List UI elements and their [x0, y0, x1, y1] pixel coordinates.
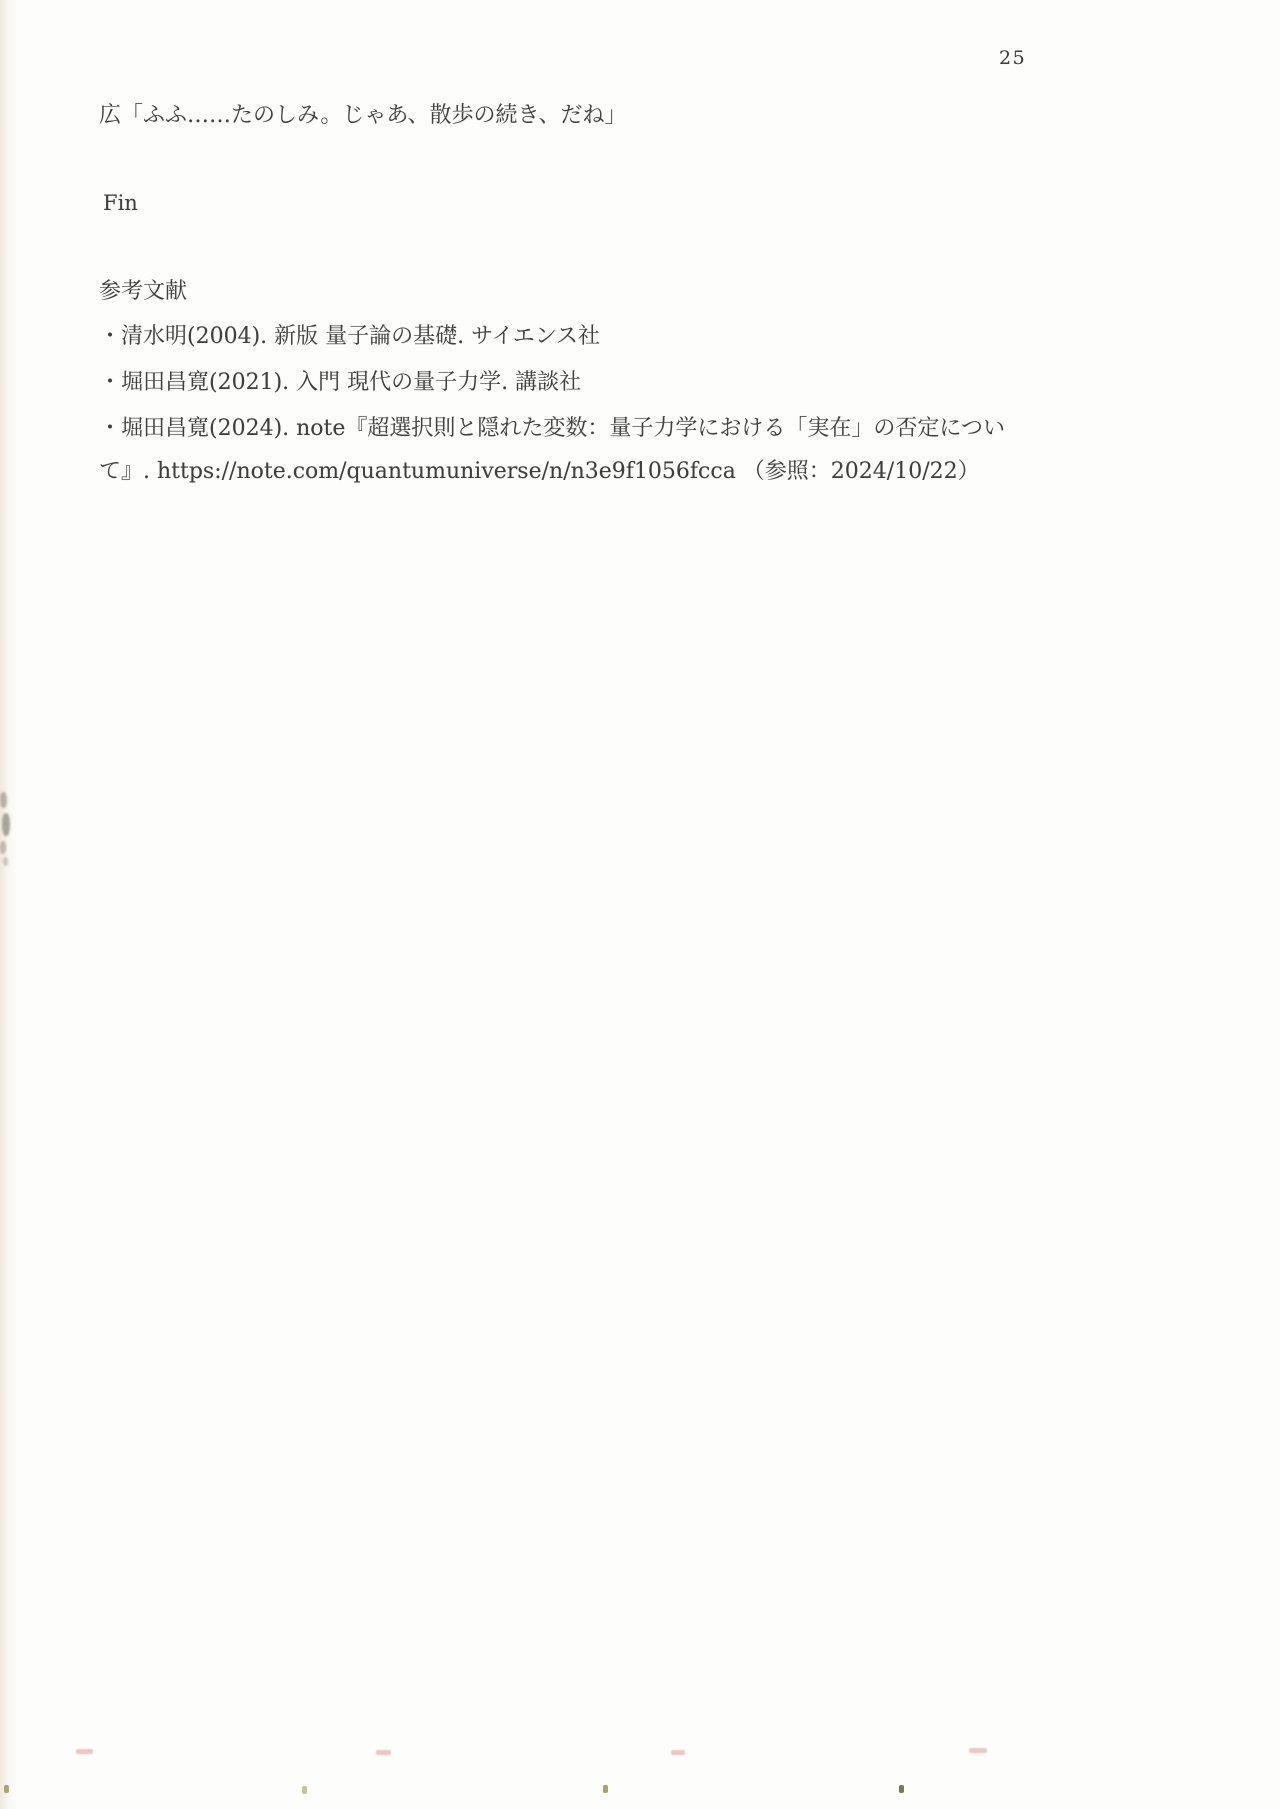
scan-artifact: [76, 1749, 93, 1754]
scan-artifact: [2, 813, 10, 836]
scan-artifact: [3, 857, 8, 866]
dialogue-line: 広「ふふ……たのしみ。じゃあ、散歩の続き、だね」: [99, 103, 627, 129]
reference-item: ・堀田昌寛(2024). note『超選択則と隠れた変数：量子力学における「実在…: [99, 407, 1039, 493]
fin-label: Fin: [103, 191, 138, 216]
scan-artifact: [603, 1785, 608, 1793]
reference-item: ・清水明(2004). 新版 量子論の基礎. サイエンス社: [99, 315, 1039, 358]
scan-edge-shadow: [0, 0, 18, 1809]
scan-artifact: [302, 1786, 307, 1794]
scan-artifact: [4, 1785, 9, 1793]
scan-artifact: [969, 1748, 987, 1753]
scan-artifact: [671, 1750, 685, 1755]
scan-artifact: [899, 1785, 904, 1793]
scan-artifact: [0, 841, 6, 854]
reference-item: ・堀田昌寛(2021). 入門 現代の量子力学. 講談社: [99, 361, 1039, 404]
references-heading: 参考文献: [99, 279, 187, 305]
scanned-document-page: 25 広「ふふ……たのしみ。じゃあ、散歩の続き、だね」 Fin 参考文献 ・清水…: [0, 0, 1280, 1809]
scan-artifact: [376, 1750, 391, 1755]
scan-artifact: [0, 792, 7, 808]
page-number: 25: [999, 47, 1026, 69]
